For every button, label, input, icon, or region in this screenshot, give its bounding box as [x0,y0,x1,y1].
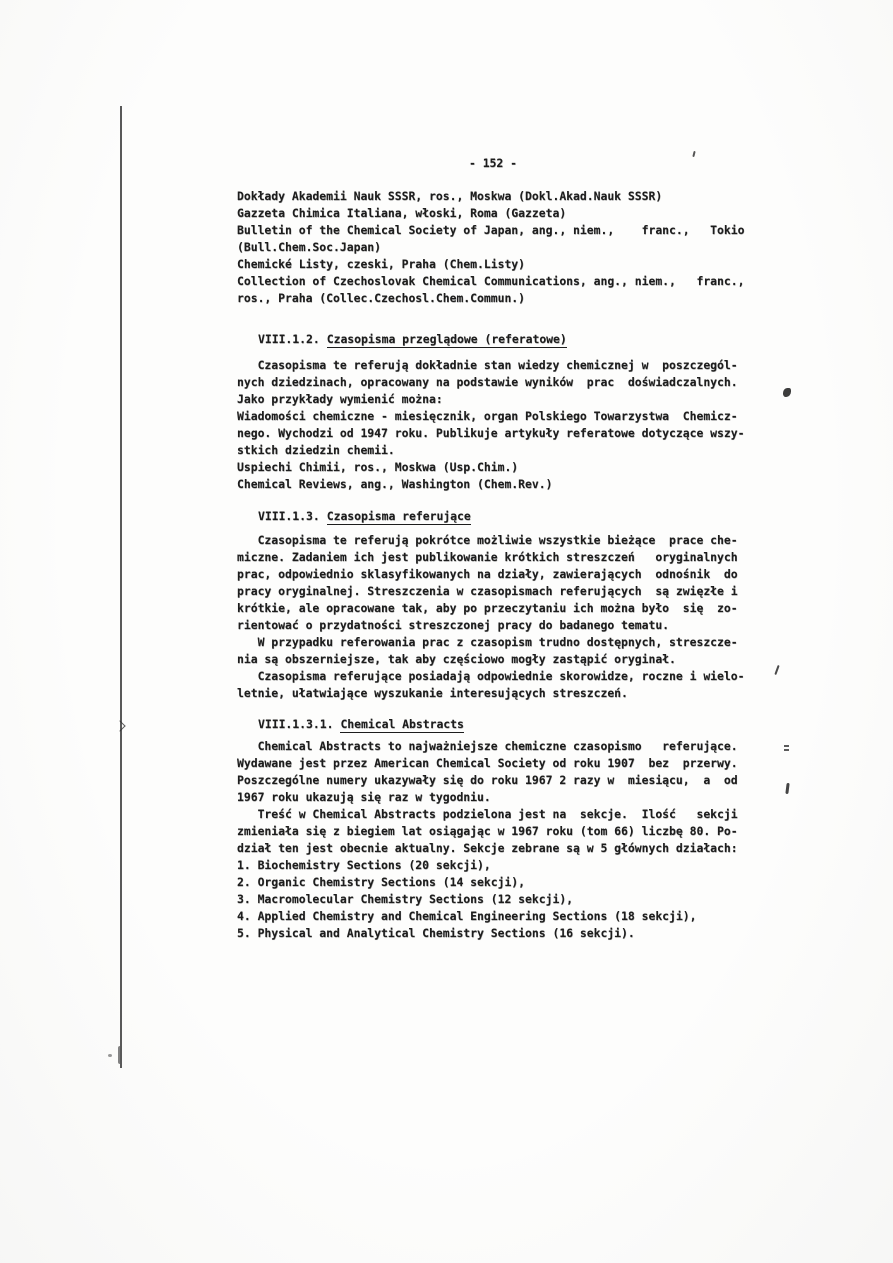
section-heading-viii-1-2: VIII.1.2.Czasopisma przeglądowe (referat… [237,331,749,348]
left-margin-scan-line [120,106,122,1068]
left-margin-scan-line-end [118,1046,122,1064]
scan-artifact [784,745,789,747]
paragraph-line: 2. Organic Chemistry Sections (14 sekcji… [237,874,749,891]
section-number: VIII.1.2. [258,332,320,346]
section-title: Czasopisma przeglądowe (referatowe) [327,332,567,348]
paragraph-line: 5. Physical and Analytical Chemistry Sec… [237,925,749,942]
paragraph-line: Wydawane jest przez American Chemical So… [237,755,749,772]
section-body-viii-1-2: Czasopisma te referują dokładnie stan wi… [237,357,749,493]
section-body-viii-1-3: Czasopisma te referują pokrótce możliwie… [237,532,749,702]
journal-list-line: Collection of Czechoslovak Chemical Comm… [237,273,749,290]
scan-artifact [774,665,779,675]
scanned-document-page: - 152 - Dokłady Akademii Nauk SSSR, ros.… [0,0,893,1263]
journal-list: Dokłady Akademii Nauk SSSR, ros., Moskwa… [237,188,749,307]
paragraph-line: Czasopisma te referują pokrótce możliwie… [237,532,749,549]
section-heading-viii-1-3-1: VIII.1.3.1.Chemical Abstracts [237,716,749,733]
scan-artifact [114,720,125,731]
scan-artifact [108,1054,112,1057]
journal-list-line: ros., Praha (Collec.Czechosl.Chem.Commun… [237,290,749,307]
paragraph-line: Czasopisma te referują dokładnie stan wi… [237,357,749,374]
paragraph-line: 4. Applied Chemistry and Chemical Engine… [237,908,749,925]
paragraph-line: Czasopisma referujące posiadają odpowied… [237,668,749,685]
text-block: - 152 - Dokłady Akademii Nauk SSSR, ros.… [237,155,749,942]
paragraph-line: Chemical Abstracts to najważniejsze chem… [237,738,749,755]
paragraph-line: zmieniała się z biegiem lat osiągając w … [237,823,749,840]
paragraph-line: Jako przykłady wymienić można: [237,391,749,408]
paragraph-line: Poszczególne numery ukazywały się do rok… [237,772,749,789]
paragraph-line: nego. Wychodzi od 1947 roku. Publikuje a… [237,425,749,442]
paragraph-line: 1. Biochemistry Sections (20 sekcji), [237,857,749,874]
journal-list-line: Chemické Listy, czeski, Praha (Chem.List… [237,256,749,273]
paragraph-line: letnie, ułatwiające wyszukanie interesuj… [237,685,749,702]
paragraph-line: Wiadomości chemiczne - miesięcznik, orga… [237,408,749,425]
paragraph-line: stkich dziedzin chemii. [237,442,749,459]
section-number: VIII.1.3. [258,509,320,523]
paragraph-line: nych dziedzinach, opracowany na podstawi… [237,374,749,391]
paragraph-line: nia są obszerniejsze, tak aby częściowo … [237,651,749,668]
paragraph-line: krótkie, ale opracowane tak, aby po prze… [237,600,749,617]
journal-list-line: (Bull.Chem.Soc.Japan) [237,239,749,256]
page-number: - 152 - [237,155,749,172]
journal-list-line: Dokłady Akademii Nauk SSSR, ros., Moskwa… [237,188,749,205]
scan-artifact [785,783,789,794]
paragraph-line: Uspiechi Chimii, ros., Moskwa (Usp.Chim.… [237,459,749,476]
paragraph-line: 3. Macromolecular Chemistry Sections (12… [237,891,749,908]
paragraph-line: 1967 roku ukazują się raz w tygodniu. [237,789,749,806]
paragraph-line: Chemical Reviews, ang., Washington (Chem… [237,476,749,493]
paragraph-line: dział ten jest obecnie aktualny. Sekcje … [237,840,749,857]
paragraph-line: Treść w Chemical Abstracts podzielona je… [237,806,749,823]
section-title: Czasopisma referujące [327,509,471,525]
journal-list-line: Gazzeta Chimica Italiana, włoski, Roma (… [237,205,749,222]
paragraph-line: prac, odpowiednio sklasyfikowanych na dz… [237,566,749,583]
section-number: VIII.1.3.1. [258,717,333,731]
scan-artifact [783,388,791,397]
journal-list-line: Bulletin of the Chemical Society of Japa… [237,222,749,239]
section-title: Chemical Abstracts [340,717,463,733]
paragraph-line: miczne. Zadaniem ich jest publikowanie k… [237,549,749,566]
section-heading-viii-1-3: VIII.1.3.Czasopisma referujące [237,508,749,525]
section-body-viii-1-3-1: Chemical Abstracts to najważniejsze chem… [237,738,749,942]
paragraph-line: rientować o przydatności streszczonej pr… [237,617,749,634]
paragraph-line: pracy oryginalnej. Streszczenia w czasop… [237,583,749,600]
paragraph-line: W przypadku referowania prac z czasopism… [237,634,749,651]
